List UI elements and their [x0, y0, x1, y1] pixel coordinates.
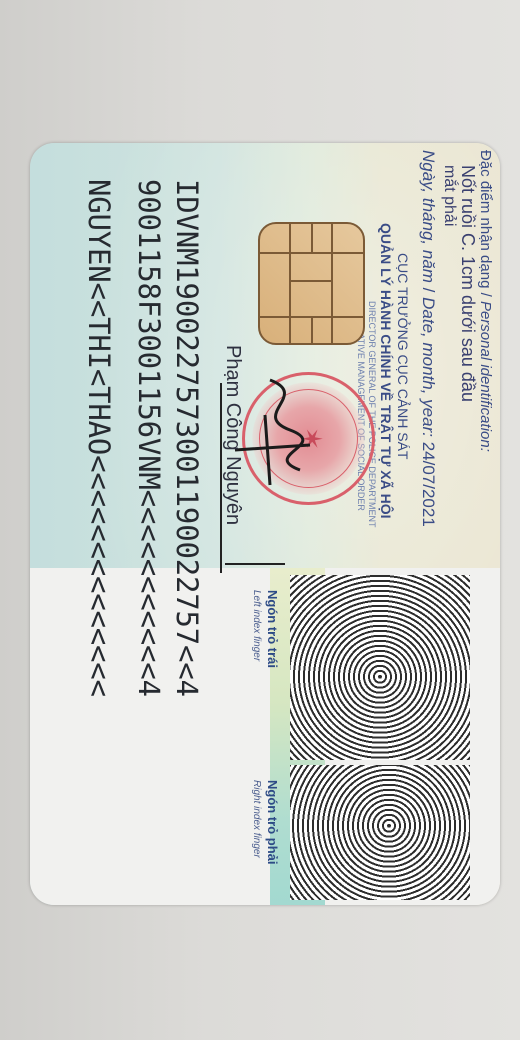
left-finger-label: Ngón trỏ trái: [265, 590, 280, 668]
right-index-fingerprint: [290, 765, 470, 900]
issue-date-value: 24/07/2021: [419, 442, 438, 527]
personal-identification-label: Đặc điểm nhận dạng / Personal identifica…: [477, 150, 494, 452]
id-card-photo: Đặc điểm nhận dạng / Personal identifica…: [30, 143, 500, 905]
personal-identification-value: Nốt ruồi C. 1cm dưới sau đầu: [457, 165, 478, 402]
id-card-back: Đặc điểm nhận dạng / Personal identifica…: [30, 143, 500, 905]
chip-icon: [258, 222, 365, 345]
issuer-title-line1: CỤC TRƯỞNG CỤC CẢNH SÁT: [395, 253, 411, 460]
left-index-fingerprint: [290, 575, 470, 760]
pointer-line: [225, 563, 285, 565]
personal-identification-value-cont: mắt phải: [440, 165, 458, 226]
signature: [230, 375, 330, 495]
right-finger-label: Ngón trỏ phải: [265, 780, 280, 865]
mrz-line-3: NGUYEN<<THI<THAO<<<<<<<<<<<<<<: [82, 179, 116, 697]
mrz-line-1: IDVNM1900227573001190022757<<4: [170, 179, 204, 697]
mrz-line-2: 9001158F3001156VNM<<<<<<<<<<<4: [132, 179, 166, 697]
issue-date: Ngày, tháng, năm / Date, month, year: 24…: [418, 150, 438, 527]
issuer-title-line2: QUẢN LÝ HÀNH CHÍNH VỀ TRẬT TỰ XÃ HỘI: [378, 223, 394, 519]
left-finger-label-en: Left index finger: [251, 590, 262, 661]
signer-name: Phạm Công Nguyên: [221, 345, 244, 525]
right-finger-label-en: Right index finger: [251, 780, 262, 858]
